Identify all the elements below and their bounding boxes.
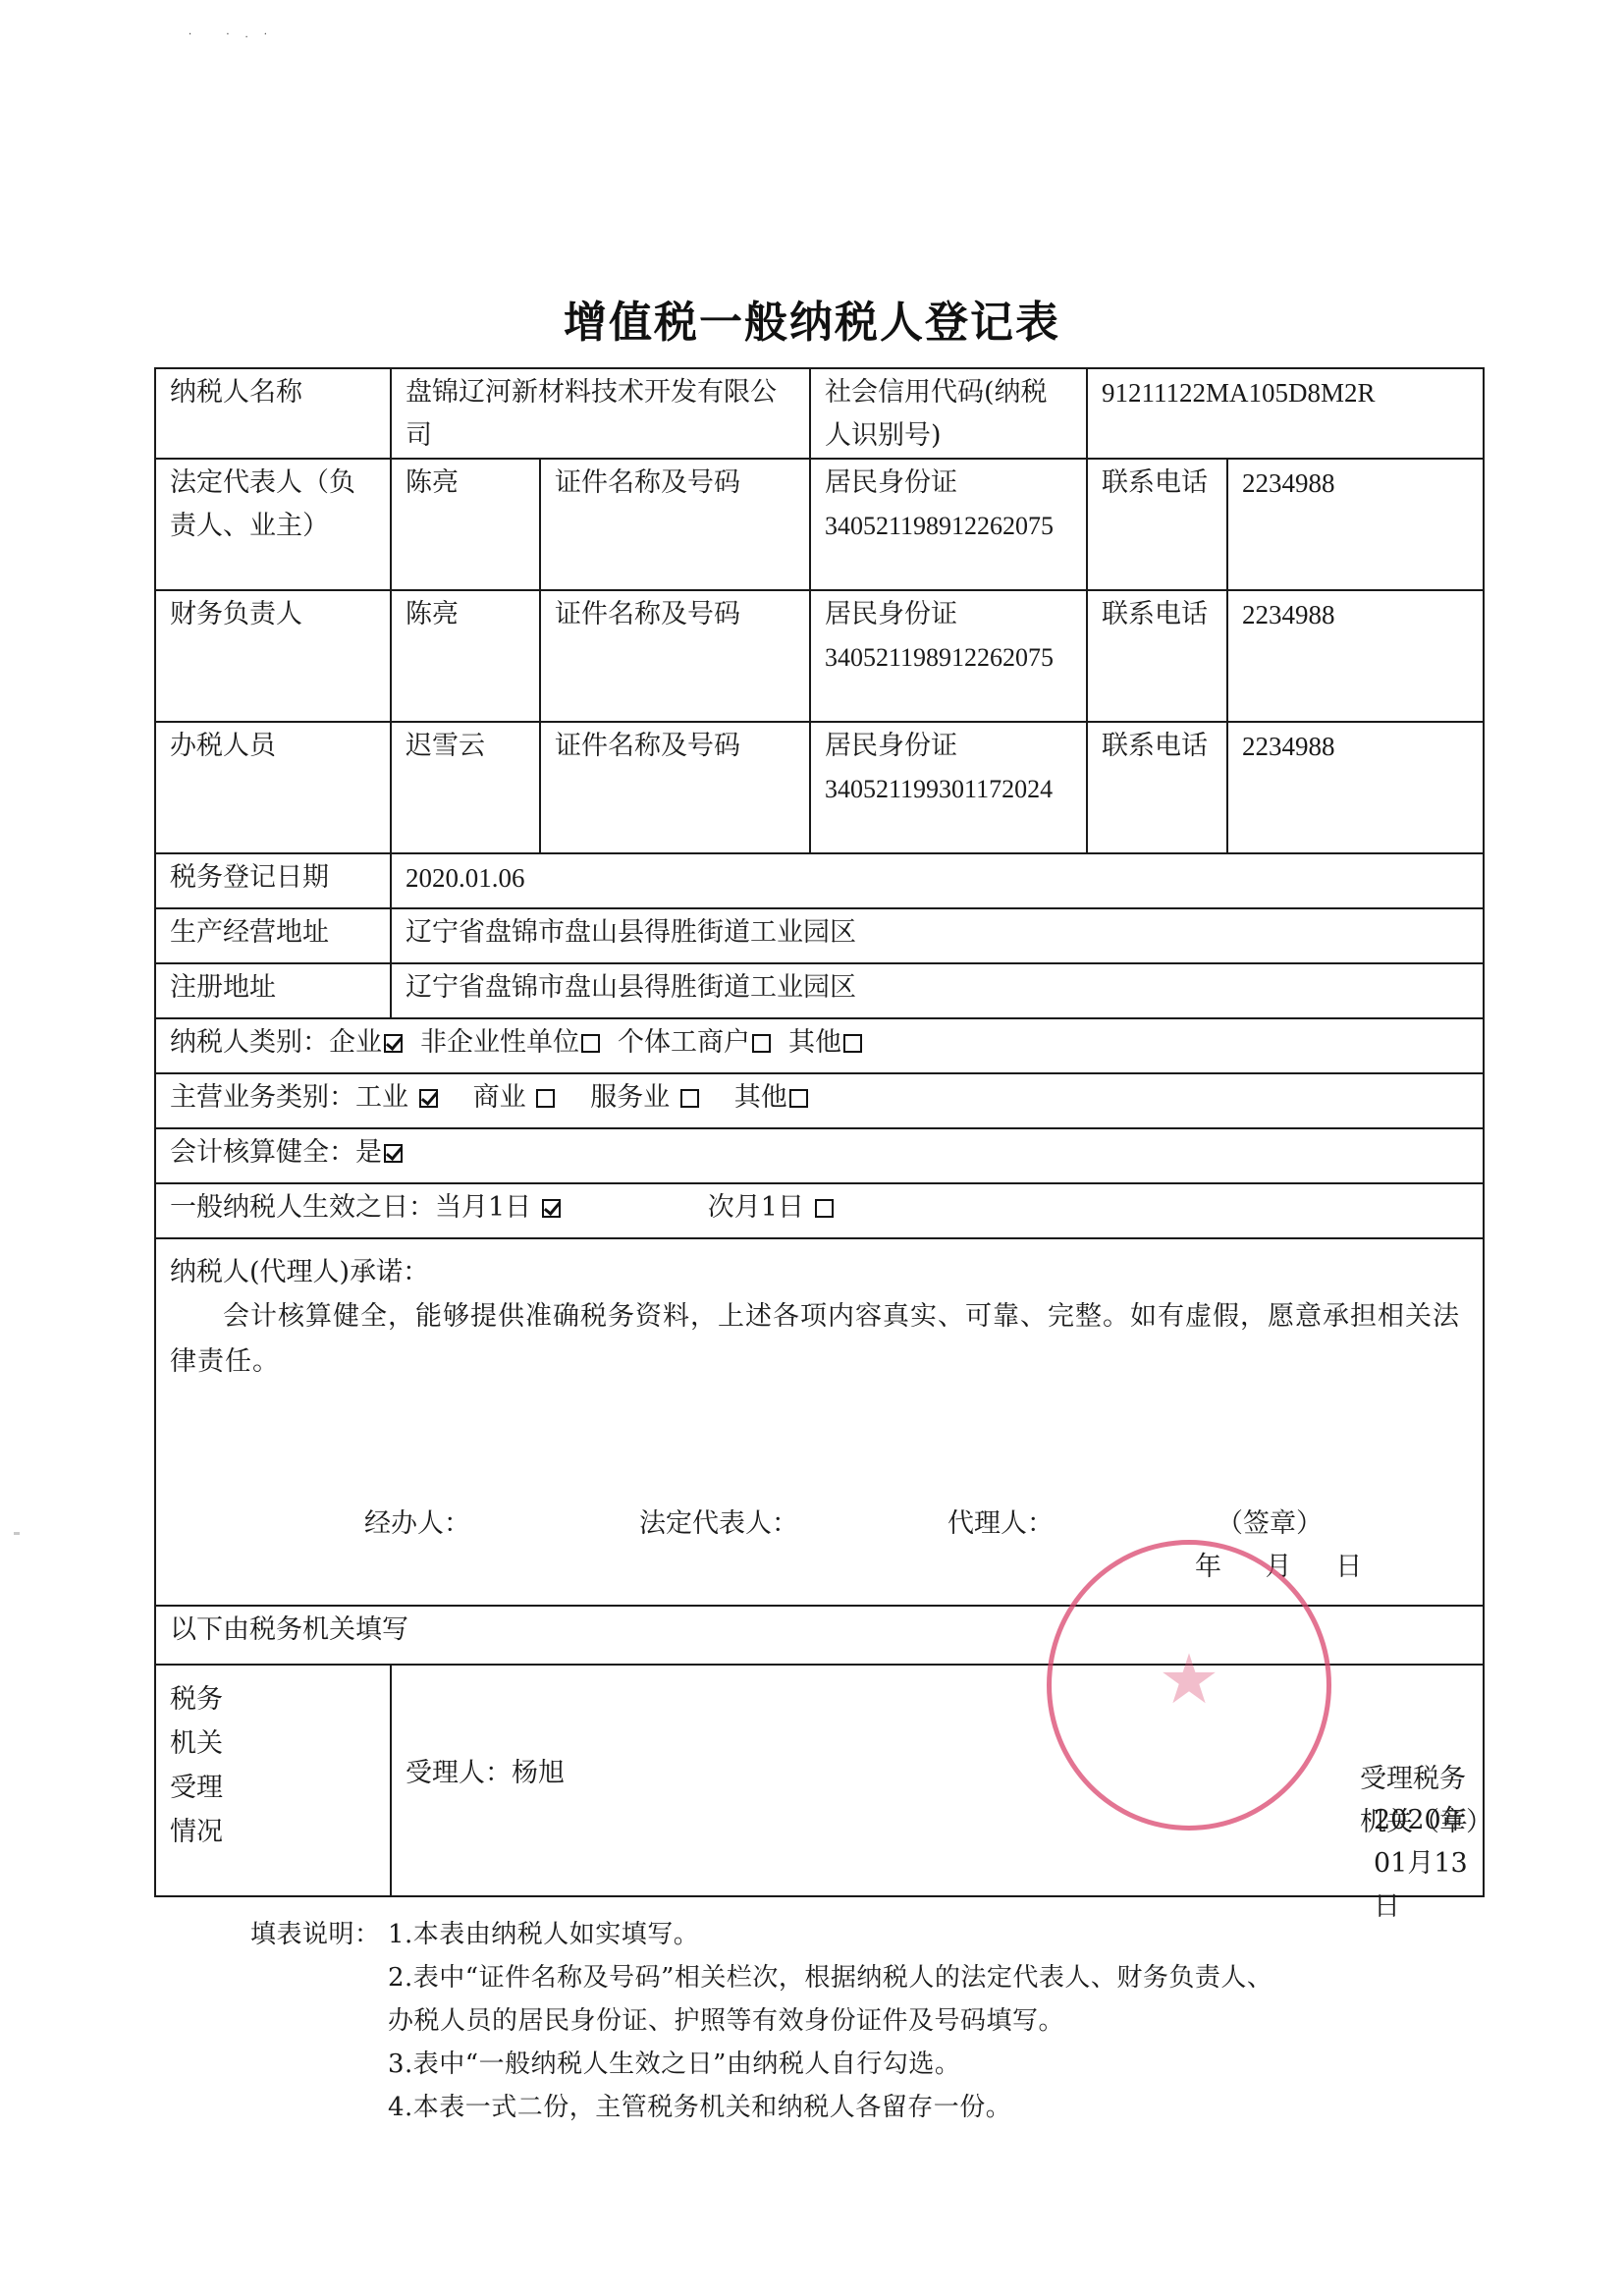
option-other: 其他: [788, 1027, 862, 1058]
effective-date-row: 一般纳税人生效之日：当月1日 次月1日: [155, 1183, 1484, 1238]
registration-date-label: 税务登记日期: [155, 853, 391, 908]
accounting-cell: 会计核算健全：是: [155, 1128, 1484, 1183]
business-type-row: 主营业务类别：工业 商业 服务业 其他: [155, 1073, 1484, 1128]
tax-office-row: 税务机关受理情况 受理人：杨旭 受理税务机关（章） 2020年01月13日: [155, 1665, 1484, 1896]
effective-date-label: 一般纳税人生效之日：: [170, 1192, 435, 1223]
checkbox-unchecked[interactable]: [581, 1034, 600, 1053]
person-role: 办税人员: [155, 722, 391, 853]
option-industry: 工业: [355, 1082, 438, 1113]
person-name: 陈亮: [391, 459, 540, 590]
phone-label: 联系电话: [1087, 722, 1227, 853]
option-label: 非企业性单位: [420, 1027, 579, 1058]
checkbox-unchecked[interactable]: [680, 1089, 699, 1108]
seal-label: （签章）: [1217, 1503, 1323, 1546]
option-label: 是: [355, 1137, 382, 1168]
agent-label: 代理人：: [947, 1503, 1054, 1546]
business-type-cell: 主营业务类别：工业 商业 服务业 其他: [155, 1073, 1484, 1128]
checkbox-checked[interactable]: [384, 1034, 403, 1053]
scan-specks: · ·.·: [189, 29, 283, 40]
tax-office-heading-row: 以下由税务机关填写: [155, 1606, 1484, 1665]
note-item: 4.本表一式二份，主管税务机关和纳税人各留存一份。: [250, 2086, 1272, 2129]
person-name: 迟雪云: [391, 722, 540, 853]
business-address-row: 生产经营地址 辽宁省盘锦市盘山县得胜街道工业园区: [155, 908, 1484, 963]
pledge-cell: 纳税人(代理人)承诺： 会计核算健全，能够提供准确税务资料，上述各项内容真实、可…: [155, 1238, 1484, 1606]
scan-mark: [14, 1532, 20, 1535]
year-label: 年: [1195, 1552, 1221, 1582]
option-current-month: 当月1日: [435, 1192, 561, 1223]
day-label: 日: [1335, 1552, 1362, 1582]
person-row-legal-rep: 法定代表人（负责人、业主） 陈亮 证件名称及号码 居民身份证 340521198…: [155, 459, 1484, 590]
credit-code-value: 91211122MA105D8M2R: [1087, 368, 1484, 459]
note-item: 3.表中“一般纳税人生效之日”由纳税人自行勾选。: [250, 2043, 1272, 2086]
business-address-label: 生产经营地址: [155, 908, 391, 963]
registration-form-table: 纳税人名称 盘锦辽河新材料技术开发有限公司 社会信用代码(纳税人识别号) 912…: [154, 367, 1485, 1897]
checkbox-checked[interactable]: [542, 1199, 561, 1218]
business-address-value: 辽宁省盘锦市盘山县得胜街道工业园区: [391, 908, 1484, 963]
checkbox-checked[interactable]: [384, 1144, 403, 1163]
checkbox-unchecked[interactable]: [536, 1089, 555, 1108]
person-role: 财务负责人: [155, 590, 391, 722]
taxpayer-type-label: 纳税人类别：: [170, 1027, 329, 1058]
taxpayer-type-row: 纳税人类别：企业非企业性单位个体工商户其他: [155, 1018, 1484, 1073]
option-label: 其他: [734, 1082, 787, 1113]
option-other: 其他: [734, 1082, 808, 1113]
tax-office-body: 受理人：杨旭 受理税务机关（章） 2020年01月13日: [391, 1665, 1484, 1896]
person-role: 法定代表人（负责人、业主）: [155, 459, 391, 590]
id-type: 居民身份证: [825, 462, 1072, 505]
pledge-row: 纳税人(代理人)承诺： 会计核算健全，能够提供准确税务资料，上述各项内容真实、可…: [155, 1238, 1484, 1606]
handler-label: 经办人：: [364, 1503, 470, 1546]
person-row-finance: 财务负责人 陈亮 证件名称及号码 居民身份证 34052119891226207…: [155, 590, 1484, 722]
person-row-tax-staff: 办税人员 迟雪云 证件名称及号码 居民身份证 34052119930117202…: [155, 722, 1484, 853]
signature-date: 年 月 日: [1195, 1546, 1397, 1589]
registered-address-row: 注册地址 辽宁省盘锦市盘山县得胜街道工业园区: [155, 963, 1484, 1018]
option-label: 工业: [355, 1082, 408, 1113]
registered-address-label: 注册地址: [155, 963, 391, 1018]
filling-notes: 填表说明：1.本表由纳税人如实填写。 2.表中“证件名称及号码”相关栏次，根据纳…: [250, 1913, 1272, 2129]
option-label: 个体工商户: [618, 1027, 750, 1058]
taxpayer-name-row: 纳税人名称 盘锦辽河新材料技术开发有限公司 社会信用代码(纳税人识别号) 912…: [155, 368, 1484, 459]
taxpayer-name-value: 盘锦辽河新材料技术开发有限公司: [391, 368, 810, 459]
effective-date-cell: 一般纳税人生效之日：当月1日 次月1日: [155, 1183, 1484, 1238]
option-non-enterprise: 非企业性单位: [420, 1027, 600, 1058]
person-id: 居民身份证 340521198912262075: [810, 459, 1087, 590]
phone-label: 联系电话: [1087, 590, 1227, 722]
id-type: 居民身份证: [825, 593, 1072, 636]
pledge-heading: 纳税人(代理人)承诺：: [170, 1251, 429, 1294]
tax-office-side-label: 税务机关受理情况: [155, 1665, 391, 1896]
accept-date: 2020年01月13日: [1374, 1799, 1483, 1929]
registered-address-value: 辽宁省盘锦市盘山县得胜街道工业园区: [391, 963, 1484, 1018]
checkbox-unchecked[interactable]: [789, 1089, 808, 1108]
option-next-month: 次月1日: [708, 1192, 834, 1223]
option-label: 企业: [329, 1027, 382, 1058]
option-service: 服务业: [590, 1082, 699, 1113]
option-enterprise: 企业: [329, 1027, 403, 1058]
option-individual-business: 个体工商户: [618, 1027, 771, 1058]
option-label: 次月1日: [708, 1192, 804, 1223]
checkbox-unchecked[interactable]: [815, 1199, 834, 1218]
checkbox-checked[interactable]: [419, 1089, 438, 1108]
side-label-text: 税务机关受理情况: [170, 1684, 223, 1847]
person-id: 居民身份证 340521198912262075: [810, 590, 1087, 722]
id-number: 340521198912262075: [825, 505, 1072, 548]
option-label: 服务业: [590, 1082, 670, 1113]
phone-label: 联系电话: [1087, 459, 1227, 590]
pledge-text: 会计核算健全，能够提供准确税务资料，上述各项内容真实、可靠、完整。如有虚假，愿意…: [170, 1294, 1469, 1385]
legal-rep-label: 法定代表人：: [639, 1503, 798, 1546]
document-title: 增值税一般纳税人登记表: [0, 287, 1624, 350]
option-label: 其他: [788, 1027, 841, 1058]
note-item: 2.表中“证件名称及号码”相关栏次，根据纳税人的法定代表人、财务负责人、: [250, 1956, 1272, 1999]
receiver: 受理人：杨旭: [406, 1752, 565, 1795]
id-number: 340521199301172024: [825, 768, 1072, 811]
notes-heading: 填表说明：: [250, 1913, 388, 1956]
id-number: 340521198912262075: [825, 636, 1072, 680]
phone-value: 2234988: [1227, 459, 1484, 590]
checkbox-unchecked[interactable]: [843, 1034, 862, 1053]
taxpayer-type-cell: 纳税人类别：企业非企业性单位个体工商户其他: [155, 1018, 1484, 1073]
person-name: 陈亮: [391, 590, 540, 722]
option-yes: 是: [355, 1137, 403, 1168]
registration-date-row: 税务登记日期 2020.01.06: [155, 853, 1484, 908]
phone-value: 2234988: [1227, 590, 1484, 722]
note-item: 办税人员的居民身份证、护照等有效身份证件及号码填写。: [250, 1999, 1272, 2043]
business-type-label: 主营业务类别：: [170, 1082, 355, 1113]
option-label: 当月1日: [435, 1192, 531, 1223]
note-item: 1.本表由纳税人如实填写。: [388, 1920, 699, 1949]
phone-value: 2234988: [1227, 722, 1484, 853]
option-label: 商业: [473, 1082, 526, 1113]
credit-code-label: 社会信用代码(纳税人识别号): [810, 368, 1087, 459]
taxpayer-name-label: 纳税人名称: [155, 368, 391, 459]
accounting-row: 会计核算健全：是: [155, 1128, 1484, 1183]
id-label: 证件名称及号码: [540, 590, 810, 722]
tax-office-heading: 以下由税务机关填写: [155, 1606, 1484, 1665]
accounting-label: 会计核算健全：: [170, 1137, 355, 1168]
registration-date-value: 2020.01.06: [391, 853, 1484, 908]
month-label: 月: [1266, 1552, 1292, 1582]
id-label: 证件名称及号码: [540, 722, 810, 853]
option-commerce: 商业: [473, 1082, 556, 1113]
id-label: 证件名称及号码: [540, 459, 810, 590]
checkbox-unchecked[interactable]: [752, 1034, 771, 1053]
id-type: 居民身份证: [825, 725, 1072, 768]
person-id: 居民身份证 340521199301172024: [810, 722, 1087, 853]
